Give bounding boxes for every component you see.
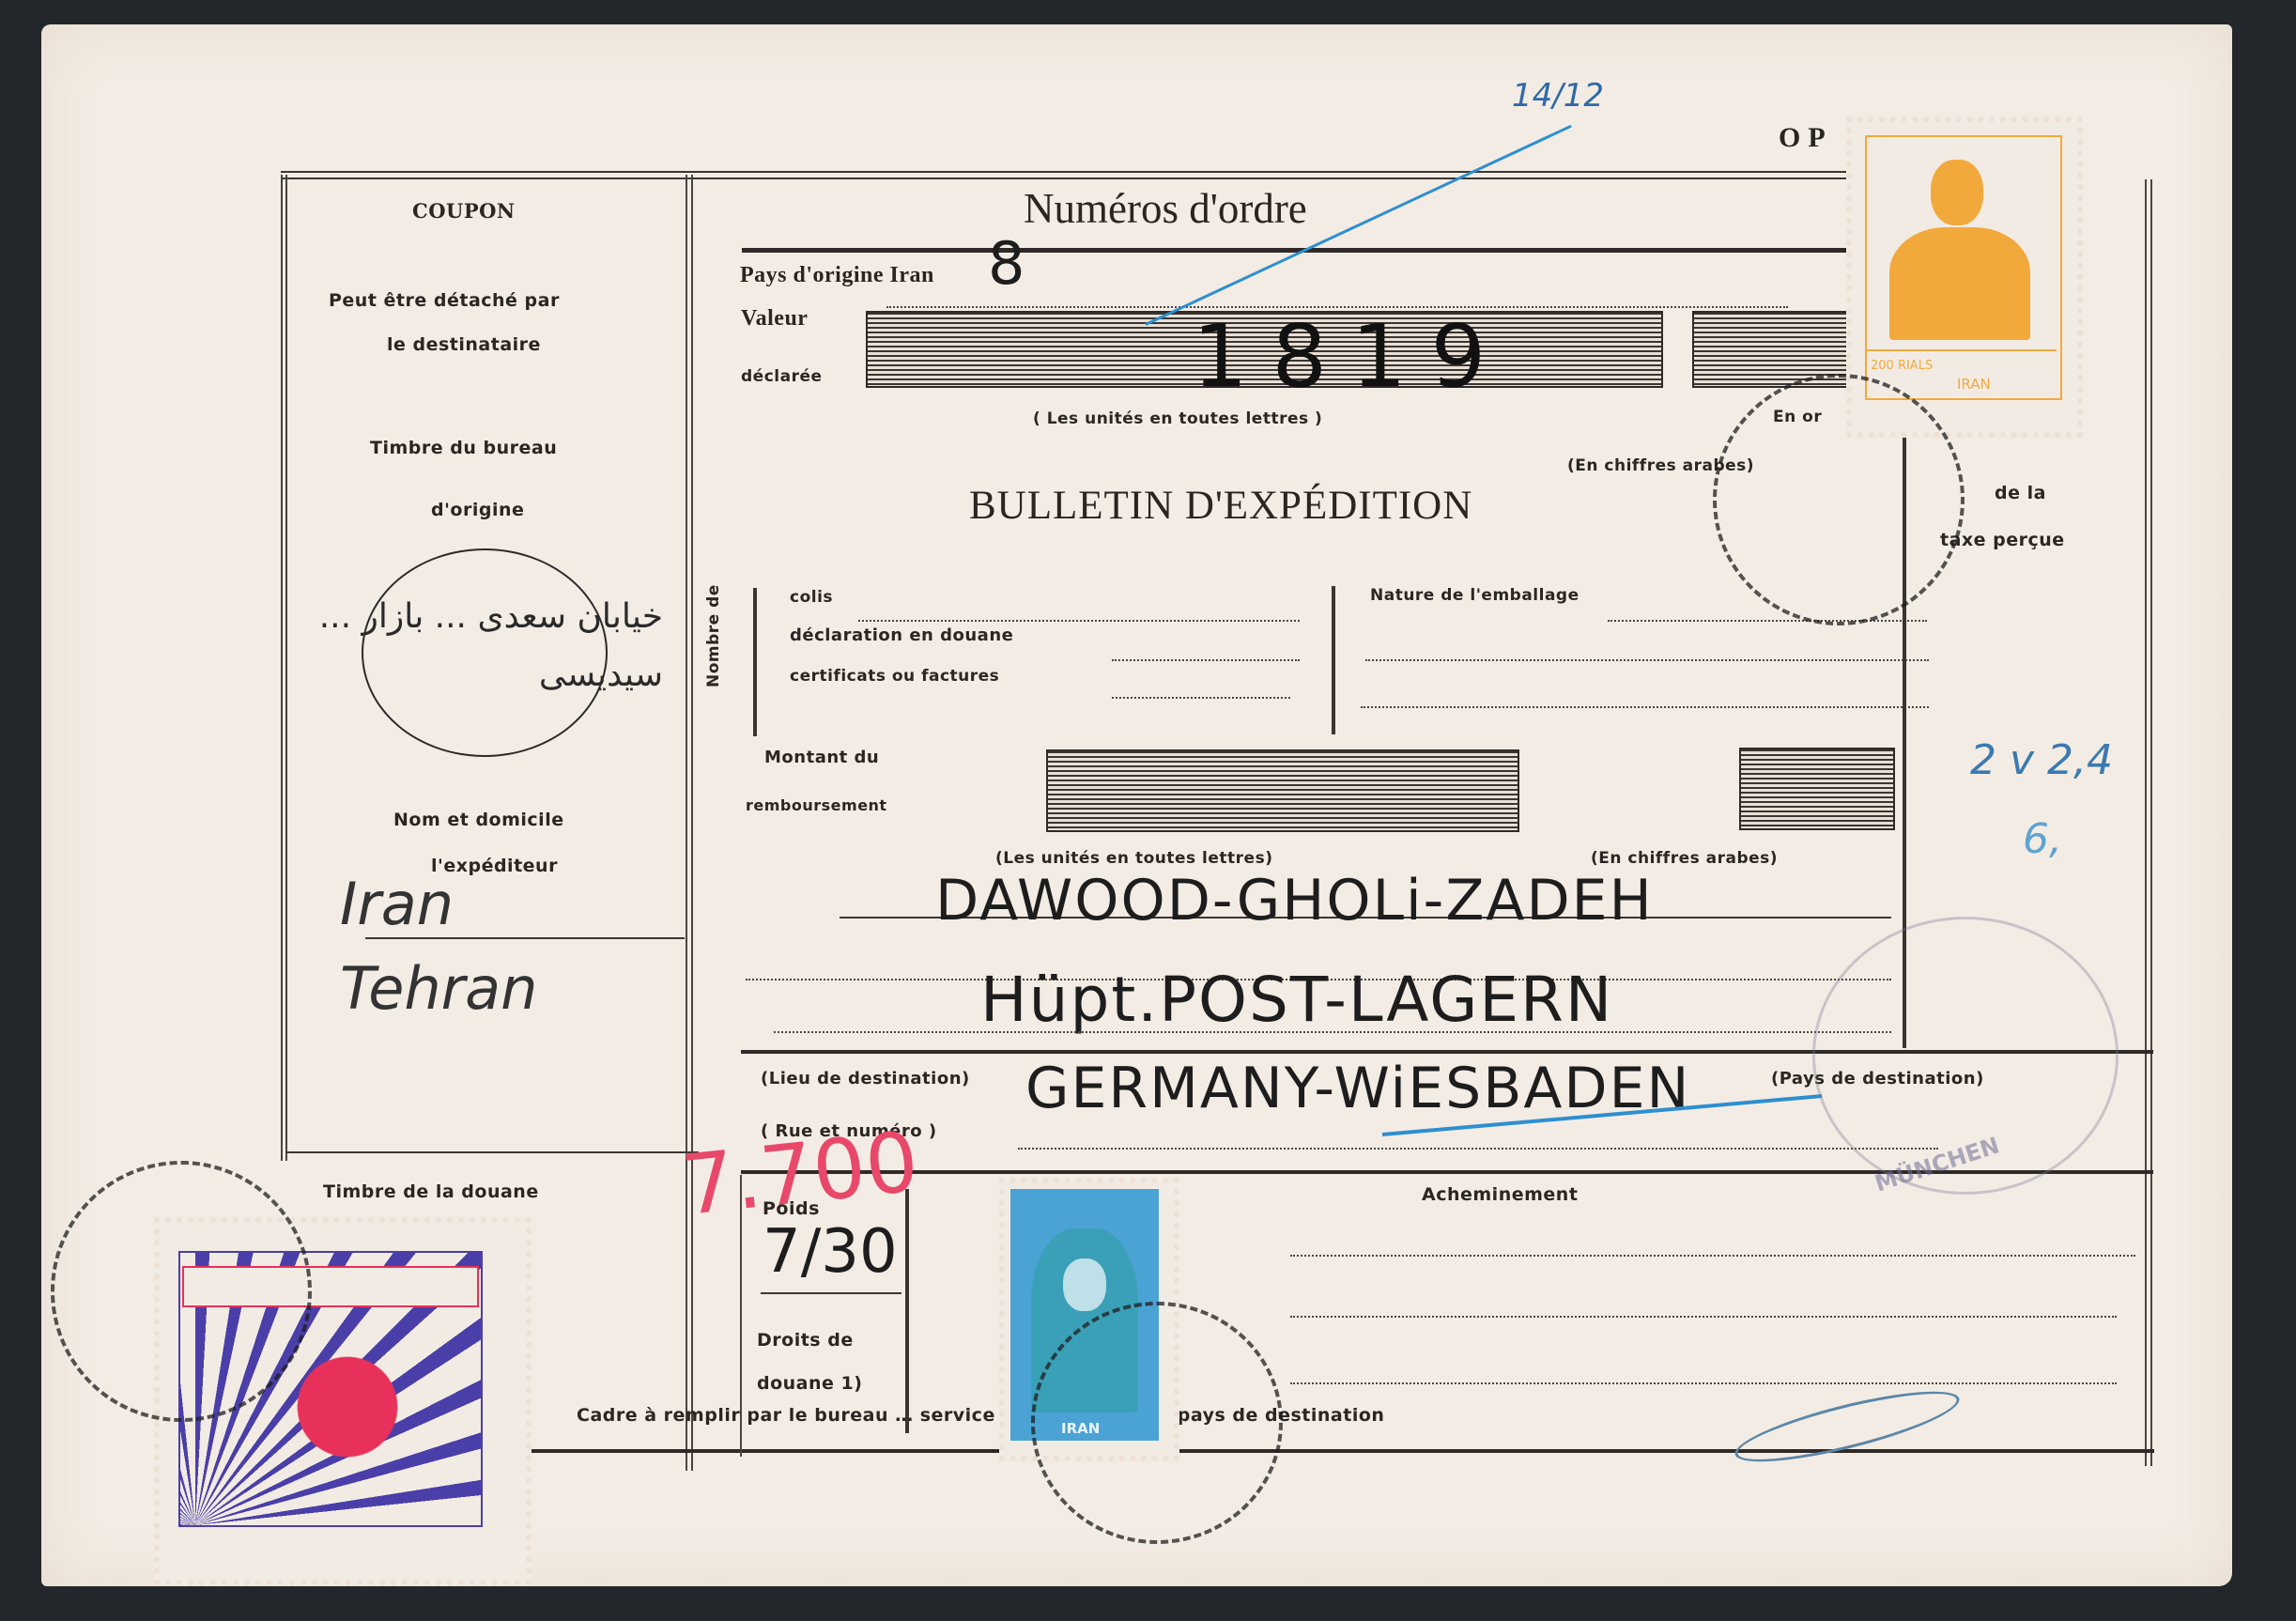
- section-title-order-numbers: Numéros d'ordre: [1024, 184, 1307, 233]
- value-label-2: déclarée: [741, 367, 823, 386]
- persian-address-handwritten: خیابان سعدی ... بازار ... سیدیسی: [287, 588, 663, 704]
- order-number-rule: [742, 248, 1888, 253]
- orange-stamp-country: IRAN: [1957, 376, 1991, 393]
- coupon-bottom-line: [285, 1151, 699, 1153]
- tehran-postmark-top: [1713, 374, 1965, 625]
- duties-label-2: douane 1): [757, 1373, 862, 1394]
- tehran-postmark-bottom-left: [51, 1161, 312, 1422]
- frame-right-line-2: [2150, 179, 2152, 1466]
- customs-declaration-label: déclaration en douane: [790, 625, 1013, 645]
- cod-digits-box: [1739, 748, 1895, 830]
- frame-left-line: [281, 175, 283, 1161]
- recipient-name-handwritten: DAWOOD-GHOLi-ZADEH: [935, 868, 1654, 934]
- destination-label: (Lieu de destination): [761, 1069, 970, 1088]
- packaging-label: Nature de l'emballage: [1370, 586, 1579, 605]
- coupon-title: COUPON: [412, 199, 516, 223]
- coupon-detach-line1: Peut être détaché par: [329, 290, 560, 311]
- value-label-1: Valeur: [741, 306, 808, 332]
- declared-value-handwritten: 1819: [1193, 306, 1510, 407]
- cod-units-label: (Les unités en toutes lettres): [995, 849, 1272, 868]
- coupon-detach-line2: le destinataire: [387, 334, 541, 355]
- tax-label-1: de la: [1995, 483, 2046, 503]
- nombre-de-label: Nombre de: [704, 584, 723, 687]
- cod-label-1: Montant du: [764, 748, 879, 767]
- pencil-note-date: 14/12: [1512, 77, 1604, 115]
- certificates-label: certificats ou factures: [790, 667, 999, 686]
- portrait-face-icon: [1063, 1258, 1106, 1311]
- units-letters-label: ( Les unités en toutes lettres ): [1033, 409, 1322, 428]
- cod-amount-box: [1046, 749, 1519, 832]
- weight-handwritten: 7/30: [763, 1217, 898, 1287]
- cod-label-2: remboursement: [746, 796, 887, 814]
- recipient-city-handwritten: GERMANY-WiESBADEN: [1025, 1056, 1690, 1121]
- sender-handwritten-country: Iran: [340, 870, 454, 938]
- duties-label-1: Droits de: [757, 1330, 854, 1351]
- sender-underline: [365, 937, 685, 939]
- coupon-stamp-label1: Timbre du bureau: [370, 438, 557, 458]
- orange-stamp-value: 200 RIALS: [1871, 359, 1933, 373]
- weight-label: Poids: [763, 1198, 820, 1219]
- origin-country-label: Pays d'origine Iran: [740, 263, 934, 288]
- recipient-street-handwritten: Hüpt.POST-LAGERN: [980, 964, 1613, 1036]
- bulletin-title: BULLETIN D'EXPÉDITION: [969, 483, 1472, 529]
- coupon-divider-2: [691, 175, 693, 1471]
- frame-top-line: [281, 171, 1896, 173]
- frame-right-line: [2145, 179, 2147, 1466]
- portrait-head-icon: [1931, 160, 1983, 225]
- signature-stroke: [1730, 1378, 1965, 1475]
- customs-stamp-label: Timbre de la douane: [323, 1181, 539, 1202]
- coupon-stamp-label2: d'origine: [431, 500, 524, 520]
- portrait-body-icon: [1889, 227, 2030, 340]
- order-number-handwritten: 8: [988, 229, 1025, 298]
- packaging-divider: [1332, 586, 1335, 734]
- header-code: OP: [1779, 122, 1833, 154]
- frame-top-line-2: [281, 178, 1896, 179]
- cod-digits-label: (En chiffres arabes): [1591, 849, 1778, 868]
- postal-form-paper: 14/12 OP COUPON Peut être détaché par le…: [41, 24, 2232, 1586]
- nombre-de-bracket: [753, 588, 757, 736]
- margin-pencil-note-2: 6,: [2023, 815, 2062, 863]
- sender-label-1: Nom et domicile: [393, 810, 564, 830]
- margin-pencil-note-1: 2 v 2,4: [1970, 736, 2113, 784]
- tehran-postmark-middle: [1031, 1302, 1283, 1544]
- colis-label: colis: [790, 588, 833, 607]
- routing-label: Acheminement: [1422, 1184, 1578, 1205]
- sender-handwritten-city: Tehran: [340, 954, 537, 1023]
- weight-divider: [905, 1189, 909, 1433]
- coupon-divider: [686, 175, 687, 1471]
